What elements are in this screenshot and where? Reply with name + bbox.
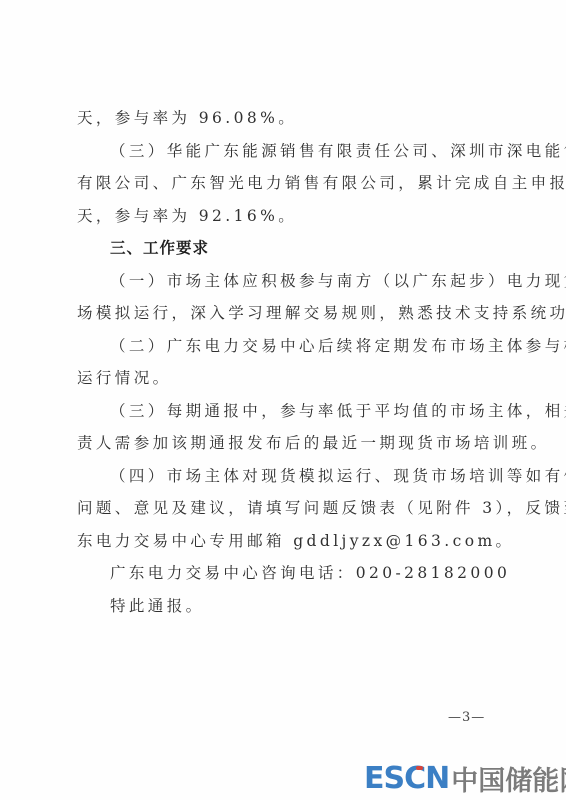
logo-accent: C: [404, 761, 425, 796]
document-page: 天，参与率为 96.08%。 （三）华能广东能源销售有限责任公司、深圳市深电能售…: [0, 0, 566, 800]
logo-suffix: N: [425, 761, 449, 796]
requirement-line: （三）每期通报中，参与率低于平均值的市场主体，相关负: [77, 395, 497, 428]
text-line: 天，参与率为 96.08%。: [77, 102, 497, 135]
watermark: ESCN 中国储能网: [364, 760, 566, 796]
requirement-line: （二）广东电力交易中心后续将定期发布市场主体参与模拟: [77, 330, 497, 363]
document-body: 天，参与率为 96.08%。 （三）华能广东能源销售有限责任公司、深圳市深电能售…: [77, 102, 497, 622]
closing-text: 特此通报。: [77, 590, 497, 623]
text-line: （三）华能广东能源销售有限责任公司、深圳市深电能售电: [77, 135, 497, 168]
page-number: —3—: [448, 710, 485, 725]
text-line: 天，参与率为 92.16%。: [77, 200, 497, 233]
requirement-line: 场模拟运行，深入学习理解交易规则，熟悉技术支持系统功能。: [77, 297, 497, 330]
escn-logo: ESCN: [364, 761, 449, 796]
requirement-line: 运行情况。: [77, 362, 497, 395]
requirement-line: 责人需参加该期通报发布后的最近一期现货市场培训班。: [77, 427, 497, 460]
logo-prefix: ES: [364, 761, 404, 796]
requirement-line: 东电力交易中心专用邮箱 gddljyzx@163.com。: [77, 525, 497, 558]
requirement-line: （一）市场主体应积极参与南方（以广东起步）电力现货市: [77, 265, 497, 298]
requirement-line: 问题、意见及建议，请填写问题反馈表（见附件 3），反馈至广: [77, 492, 497, 525]
watermark-site-name: 中国储能网: [451, 759, 566, 798]
section-heading: 三、工作要求: [77, 232, 497, 265]
contact-phone: 广东电力交易中心咨询电话：020-28182000: [77, 557, 497, 590]
text-line: 有限公司、广东智光电力销售有限公司，累计完成自主申报 47: [77, 167, 497, 200]
requirement-line: （四）市场主体对现货模拟运行、现货市场培训等如有任何: [77, 460, 497, 493]
